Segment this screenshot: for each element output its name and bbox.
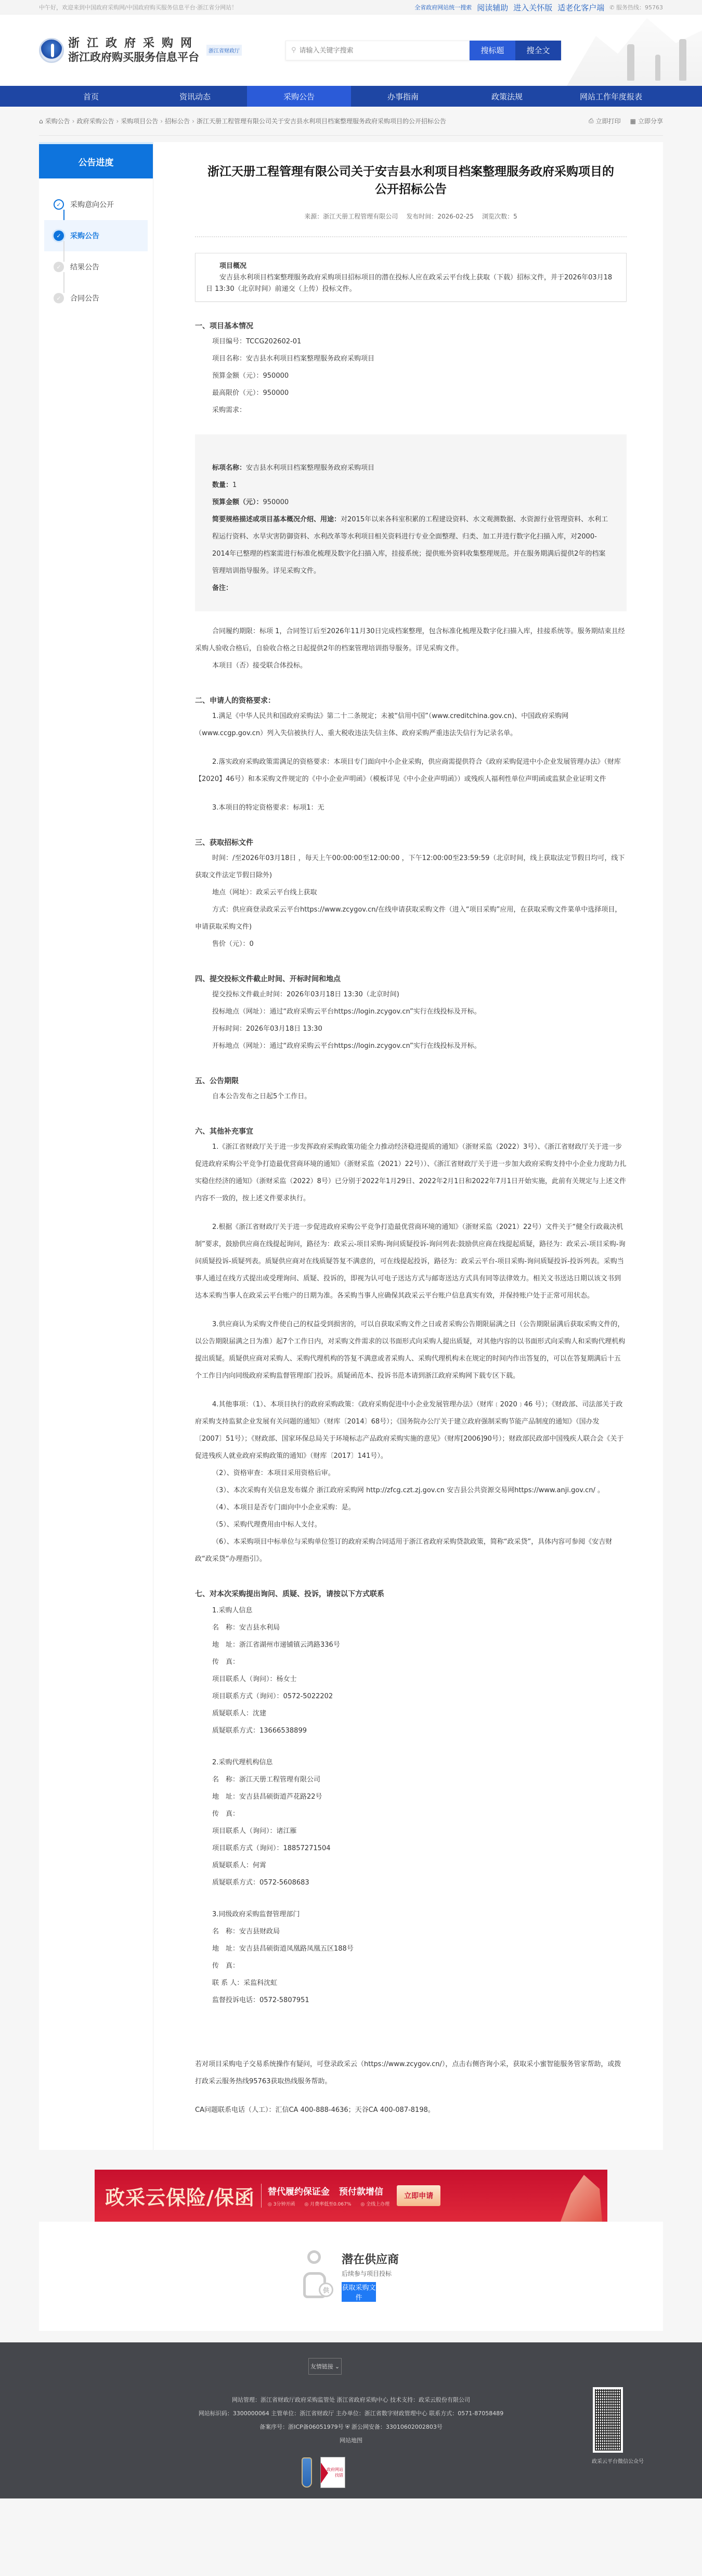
get-documents-button[interactable]: 获取采购文件 <box>342 2282 376 2302</box>
breadcrumb-item[interactable]: 采购公告 <box>45 117 70 125</box>
home-icon[interactable]: ⌂ <box>39 118 43 125</box>
section-heading: 七、对本次采购提出询问、质疑、投诉，请按以下方式联系 <box>195 1588 627 1599</box>
supplementary-2: 2.根据《浙江省财政厅关于进一步促进政府采购公平竞争打造最优营商环境的通知》（浙… <box>195 1219 627 1304</box>
apply-now-button[interactable]: 立即申请 <box>397 2185 440 2206</box>
requirements-label: 采购需求： <box>195 402 627 419</box>
qr-label: 政采云平台微信公众号 <box>592 2457 623 2465</box>
article: 浙江天册工程管理有限公司关于安吉县水利项目档案整理服务政府采购项目的公开招标公告… <box>153 142 663 2150</box>
project-name: 项目名称：安吉县水利项目档案整理服务政府采购项目 <box>195 350 627 367</box>
search-fulltext-button[interactable]: 搜全文 <box>515 41 561 60</box>
page-title: 浙江天册工程管理有限公司关于安吉县水利项目档案整理服务政府采购项目的公开招标公告 <box>195 163 627 198</box>
police-badge-icon: ⛨ <box>345 2424 349 2430</box>
breadcrumb-separator: › <box>192 118 194 125</box>
icp-link[interactable]: 备案序号：浙ICP备06051979号 <box>259 2424 344 2430</box>
promo-illustration <box>550 2175 602 2222</box>
agency-fax: 传 真： <box>195 1805 627 1823</box>
supplementary-3: 3.供应商认为采购文件使自己的权益受到损害的，可以自获取采购文件之日或者采购公告… <box>195 1316 627 1385</box>
acquisition-method: 方式：供应商登录政采云平台https://www.zcygov.cn/在线申请获… <box>195 901 627 935</box>
supervisor-info-title: 3.同级政府采购监督管理部门 <box>195 1906 627 1923</box>
nav-policies[interactable]: 政策法规 <box>455 86 559 107</box>
agency-info-title: 2.采购代理机构信息 <box>195 1754 627 1771</box>
care-version-link[interactable]: 进入关怀版 <box>513 2 552 13</box>
supplementary-4: 4.其他事项：（1）、本项目执行的政府采购政策：《政府采购促进中小企业发展管理办… <box>195 1396 627 1465</box>
main-nav: 首页 资讯动态 采购公告 办事指南 政策法规 网站工作年度报表 <box>0 86 702 107</box>
site-footer: 友情链接 ⌄ 网站管理：浙江省财政厅政府采购监管处 浙江省政府采购中心 技术支持… <box>0 2342 702 2498</box>
purchaser-address: 地 址：浙江省湖州市递铺镇云鸿路336号 <box>195 1636 627 1654</box>
view-count: 浏览次数：5 <box>482 212 517 221</box>
top-links: 全省政府网站统一搜索 阅读辅助 进入关怀版 适老化客户端 ✆ 服务热线：9576… <box>414 2 663 13</box>
emblem-icon <box>39 38 64 63</box>
check-circle-grey-icon: ✓ <box>54 262 64 272</box>
purchaser-challenge-contact: 质疑联系人：沈建 <box>195 1705 627 1722</box>
public-institution-badge[interactable] <box>302 2457 312 2488</box>
supervisor-fax: 传 真： <box>195 1957 627 1975</box>
print-button[interactable]: ⎙立即打印 <box>589 117 621 125</box>
nav-news[interactable]: 资讯动态 <box>143 86 247 107</box>
lot-name: 安吉县水利项目档案整理服务政府采购项目 <box>246 464 374 472</box>
sidebar-title: 公告进度 <box>39 142 153 178</box>
agency-name: 名 称：浙江天册工程管理有限公司 <box>195 1771 627 1788</box>
hotline: ✆ 服务热线：95763 <box>609 3 663 11</box>
public-security-link[interactable]: 浙公网安备：33010602002803号 <box>352 2424 443 2430</box>
supervisor-address: 地 址：安吉县昌硕街道凤凰路凤凰五区188号 <box>195 1940 627 1957</box>
notice-period: 自本公告发布之日起5个工作日。 <box>195 1088 627 1105</box>
supervisor-name: 名 称：安吉县财政局 <box>195 1923 627 1940</box>
supplier-subtitle: 后续参与项目投标 <box>342 2269 399 2278</box>
lot-description: 对2015年以来各科室积累的工程建设资料、水文观测数据、水资源行业管理资料、水利… <box>212 516 608 575</box>
search-input[interactable] <box>300 46 456 54</box>
bid-place: 投标地点（网址）：通过“政府采购云平台https://login.zcygov.… <box>195 1003 627 1020</box>
promo-feature: ◎ 3分钟开函 <box>268 2200 295 2207</box>
supplementary-1: 1.《浙江省财政厅关于进一步发挥政府采购政策功能全力推动经济稳进提质的通知》（浙… <box>195 1138 627 1207</box>
insurance-promo-banner[interactable]: 政采云保险/保函 替代履约保证金预付款增信 ◎ 3分钟开函 ◎ 月费率低至0.0… <box>95 2170 607 2222</box>
search-title-button[interactable]: 搜标题 <box>470 41 515 60</box>
notice-progress-sidebar: 公告进度 ✓ 采购意向公开 ✓ 采购公告 ✓ 结果公告 ✓ 合同公告 <box>39 142 153 2150</box>
purchaser-challenge-phone: 质疑联系方式：13666538899 <box>195 1722 627 1739</box>
finance-dept-badge: 浙江省财政厅 <box>206 45 242 56</box>
breadcrumb-current: 浙江天册工程管理有限公司关于安吉县水利项目档案整理服务政府采购项目的公开招标公告 <box>197 117 446 125</box>
reading-aid-link[interactable]: 阅读辅助 <box>477 2 508 13</box>
gov-site-error-report-badge[interactable]: 政府网站 找错 <box>320 2457 345 2488</box>
breadcrumb-separator: › <box>72 118 75 125</box>
check-circle-grey-icon: ✓ <box>54 293 64 303</box>
consortium-note: 本项目（否）接受联合体投标。 <box>195 657 627 674</box>
opening-place: 开标地点（网址）：通过“政府采购云平台https://login.zcygov.… <box>195 1037 627 1055</box>
acquisition-place: 地点（网址）：政采云平台线上获取 <box>195 884 627 901</box>
project-number: 项目编号：TCCG202602-01 <box>195 333 627 350</box>
agency-address: 地 址：安吉县昌硕街道芦花路22号 <box>195 1788 627 1805</box>
section-heading: 二、申请人的资格要求： <box>195 695 627 706</box>
supplier-user-icon: 供 <box>303 2250 330 2302</box>
agency-challenge-phone: 质疑联系方式：0572-5608683 <box>195 1874 627 1891</box>
promo-feature: ◎ 全线上办理 <box>360 2200 389 2207</box>
chevron-down-icon: ⌄ <box>335 2363 340 2370</box>
section-heading: 五、公告期限 <box>195 1075 627 1086</box>
breadcrumb-item[interactable]: 招标公告 <box>165 117 190 125</box>
promo-title: 政采云保险/保函 <box>105 2182 255 2210</box>
supplementary-item: （3）、本次采购有关信息发布媒介 浙江政府采购网 http://zfcg.czt… <box>195 1482 627 1499</box>
project-overview: 项目概况 安吉县水利项目档案整理服务政府采购项目招标项目的潜在投标人应在政采云平… <box>195 253 627 302</box>
overview-text: 安吉县水利项目档案整理服务政府采购项目招标项目的潜在投标人应在政采云平台线上获取… <box>206 272 616 295</box>
nav-guide[interactable]: 办事指南 <box>351 86 455 107</box>
purchaser-contact: 项目联系人（询问）：杨女士 <box>195 1671 627 1688</box>
nav-home[interactable]: 首页 <box>39 86 143 107</box>
breadcrumb: ⌂ 采购公告› 政府采购公告› 采购项目公告› 招标公告› 浙江天册工程管理有限… <box>39 117 446 125</box>
bid-deadline: 提交投标文件截止时间：2026年03月18日 13:30（北京时间) <box>195 986 627 1003</box>
overview-title: 项目概况 <box>206 261 616 272</box>
phone-icon: ✆ <box>609 4 614 11</box>
lot-remark: 备注： <box>212 584 232 592</box>
qr-code-image <box>595 2389 621 2451</box>
step-intent-disclosure[interactable]: ✓ 采购意向公开 <box>44 189 148 220</box>
supervisor-phone: 监督投诉电话：0572-5807951 <box>195 1992 627 2009</box>
printer-icon: ⎙ <box>589 117 594 125</box>
acquisition-time: 时间：/至2026年03月18日 ，每天上午00:00:00至12:00:00 … <box>195 850 627 884</box>
article-meta: 来源：浙江天册工程管理有限公司 发布时间：2026-02-25 浏览次数：5 <box>195 212 627 221</box>
source: 来源：浙江天册工程管理有限公司 <box>304 212 398 221</box>
qualification-2: 2.落实政府采购政策需满足的资格要求：本项目专门面向中小企业采购，供应商需提供符… <box>195 753 627 788</box>
opening-time: 开标时间：2026年03月18日 13:30 <box>195 1020 627 1037</box>
divider <box>195 236 627 237</box>
ca-contact: CA问题联系电话（人工）：汇信CA 400-888-4636；天谷CA 400-… <box>195 2101 627 2119</box>
supervisor-contact: 联 系 人：采监科沈虹 <box>195 1975 627 1992</box>
budget-amount: 预算金额（元）：950000 <box>195 367 627 385</box>
section-heading: 一、项目基本情况 <box>195 321 627 331</box>
breadcrumb-bar: ⌂ 采购公告› 政府采购公告› 采购项目公告› 招标公告› 浙江天册工程管理有限… <box>39 107 663 136</box>
supplier-title: 潜在供应商 <box>342 2251 399 2267</box>
publish-time: 发布时间：2026-02-25 <box>406 212 474 221</box>
lot-budget: 950000 <box>263 498 289 506</box>
step-result-notice[interactable]: ✓ 结果公告 <box>44 251 148 283</box>
lot-quantity: 1 <box>232 481 237 489</box>
main-container: 公告进度 ✓ 采购意向公开 ✓ 采购公告 ✓ 结果公告 ✓ 合同公告 <box>39 142 663 2150</box>
agency-challenge-contact: 质疑联系人：何霄 <box>195 1857 627 1874</box>
agency-contact: 项目联系人（询问）：诸江雁 <box>195 1823 627 1840</box>
wechat-qr: 政采云平台微信公众号 <box>593 2387 623 2465</box>
supplementary-item: （4）、本项目是否专门面向中小企业采购：是。 <box>195 1499 627 1516</box>
top-bar: 中午好，欢迎来到中国政府采购网/中国政府购买服务信息平台·浙江省分网站！ 全省政… <box>0 0 702 15</box>
qr-code-icon: ▦ <box>630 118 636 125</box>
search-icon: ⚲ <box>291 46 296 54</box>
step-contract-notice[interactable]: ✓ 合同公告 <box>44 283 148 314</box>
search-bar: ⚲ 搜标题 搜全文 <box>285 41 561 60</box>
lot-details: 标项名称：安吉县水利项目档案整理服务政府采购项目 数量：1 预算金额（元）：95… <box>195 434 627 611</box>
section-heading: 三、获取招标文件 <box>195 837 627 848</box>
contract-period: 合同履约期限：标项 1，合同签订后至2026年11月30日完成档案整理，包含标准… <box>195 623 627 657</box>
elderly-client-link[interactable]: 适老化客户端 <box>557 2 604 13</box>
purchaser-info-title: 1.采购人信息 <box>195 1602 627 1619</box>
purchaser-fax: 传 真： <box>195 1654 627 1671</box>
help-text: 若对项目采购电子交易系统操作有疑问，可登录政采云（https://www.zcy… <box>195 2056 627 2090</box>
supplementary-item: （2）、资格审查：本项目采用资格后审。 <box>195 1465 627 1482</box>
sitemap-link[interactable]: 网站地图 <box>340 2437 362 2444</box>
step-procurement-notice[interactable]: ✓ 采购公告 <box>44 220 148 251</box>
share-button[interactable]: ▦立即分享 <box>630 117 663 125</box>
welcome-text: 中午好，欢迎来到中国政府采购网/中国政府购买服务信息平台·浙江省分网站！ <box>39 3 237 11</box>
potential-supplier-card: 供 潜在供应商 后续参与项目投标 获取采购文件 <box>39 2222 663 2331</box>
logo-subtitle: 浙江政府购买服务信息平台 <box>68 50 199 64</box>
qualification-3: 3.本项目的特定资格要求：标项1：无 <box>195 799 627 816</box>
qualification-1: 1.满足《中华人民共和国政府采购法》第二十二条规定；未被“信用中国”（www.c… <box>195 708 627 742</box>
site-logo[interactable]: 浙江政府采购网 浙江政府购买服务信息平台 浙江省财政厅 <box>39 37 242 64</box>
pagoda-decoration <box>679 39 686 81</box>
breadcrumb-separator: › <box>116 118 119 125</box>
supplementary-item: （5）、采购代理费用由中标人支付。 <box>195 1516 627 1533</box>
check-circle-icon: ✓ <box>54 199 64 210</box>
breadcrumb-item[interactable]: 政府采购公告 <box>76 117 114 125</box>
nav-procurement-notices[interactable]: 采购公告 <box>247 86 351 107</box>
divider <box>261 2184 262 2208</box>
logo-title: 浙江政府采购网 <box>68 37 199 50</box>
purchaser-phone: 项目联系方式（询问）：0572-5022202 <box>195 1688 627 1705</box>
purchaser-name: 名 称：安吉县水利局 <box>195 1619 627 1636</box>
site-header: 浙江政府采购网 浙江政府购买服务信息平台 浙江省财政厅 ⚲ 搜标题 搜全文 <box>0 15 702 86</box>
max-price: 最高限价（元）：950000 <box>195 385 627 402</box>
friendly-links-dropdown[interactable]: 友情链接 ⌄ <box>308 2358 342 2375</box>
agency-phone: 项目联系方式（询问）：18857271504 <box>195 1840 627 1857</box>
section-heading: 六、其他补充事宜 <box>195 1126 627 1136</box>
breadcrumb-item[interactable]: 采购项目公告 <box>121 117 158 125</box>
nav-annual-report[interactable]: 网站工作年度报表 <box>559 86 663 107</box>
section-heading: 四、提交投标文件截止时间、开标时间和地点 <box>195 973 627 984</box>
check-circle-filled-icon: ✓ <box>54 230 64 241</box>
document-price: 售价（元）：0 <box>195 935 627 953</box>
province-search-link[interactable]: 全省政府网站统一搜索 <box>414 3 472 11</box>
supplementary-item: （6）、本采购项目中标单位与采购单位签订的政府采购合同适用于浙江省政府采购贷款政… <box>195 1533 627 1568</box>
breadcrumb-separator: › <box>160 118 163 125</box>
promo-feature: ◎ 月费率低至0.067% <box>304 2200 351 2207</box>
